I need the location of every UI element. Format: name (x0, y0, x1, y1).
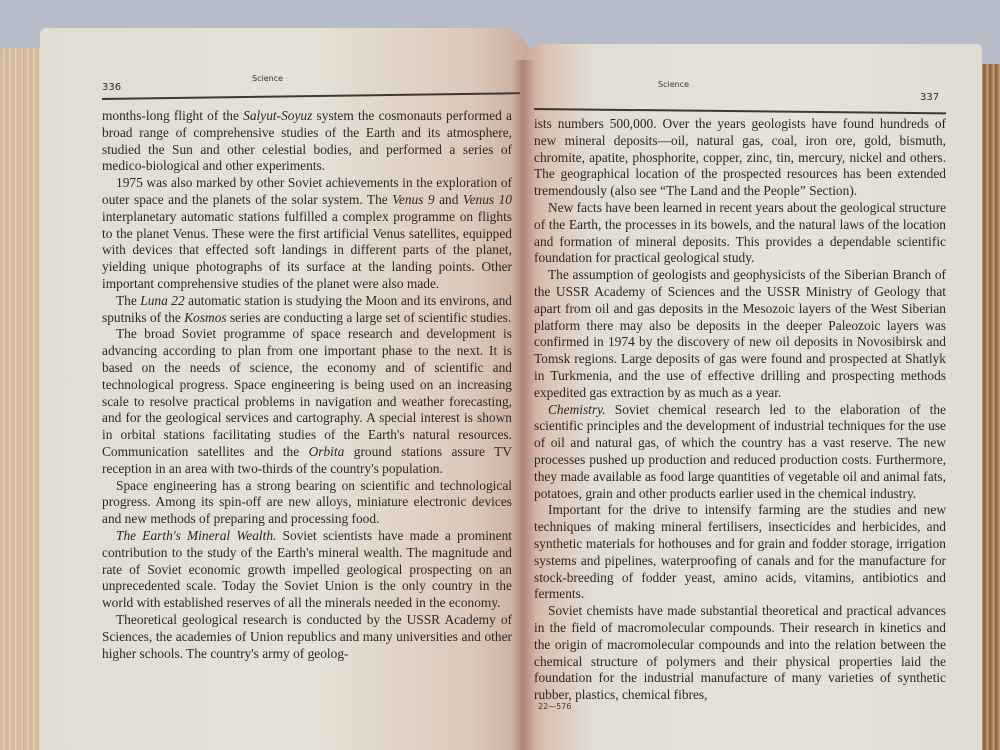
italic-text: Luna 22 (140, 293, 184, 308)
text-run: The (116, 293, 140, 308)
text-run: New facts have been learned in recent ye… (534, 200, 946, 265)
paragraph: ists numbers 500,000. Over the years geo… (534, 116, 946, 200)
running-head-right: Science (658, 80, 689, 89)
paragraph: months-long flight of the Salyut-Soyuz s… (102, 108, 512, 175)
left-page: 336 Science months-long flight of the Sa… (40, 28, 530, 750)
italic-text: Venus 10 (463, 192, 512, 207)
paragraph: New facts have been learned in recent ye… (534, 200, 946, 267)
text-run: The assumption of geologists and geophys… (534, 267, 946, 400)
paragraph: Important for the drive to intensify far… (534, 502, 946, 603)
text-run: ists numbers 500,000. Over the years geo… (534, 116, 946, 198)
text-run: Soviet chemists have made substantial th… (534, 603, 946, 702)
signature-mark: 22—576 (538, 702, 571, 711)
italic-text: Orbita (309, 444, 345, 459)
paragraph: Chemistry. Soviet chemical research led … (534, 402, 946, 503)
text-run: The broad Soviet programme of space rese… (102, 326, 512, 459)
text-run: months-long flight of the (102, 108, 243, 123)
paragraph: The broad Soviet programme of space rese… (102, 326, 512, 477)
italic-text: The Earth's Mineral Wealth. (116, 528, 276, 543)
left-page-body: months-long flight of the Salyut-Soyuz s… (102, 108, 512, 662)
paragraph: Soviet chemists have made substantial th… (534, 603, 946, 704)
paragraph: The Luna 22 automatic station is studyin… (102, 293, 512, 327)
page-number-left: 336 (102, 82, 121, 93)
italic-text: Kosmos (184, 310, 226, 325)
text-run: Theoretical geological research is condu… (102, 612, 512, 661)
paragraph: Theoretical geological research is condu… (102, 612, 512, 662)
text-run: Space engineering has a strong bearing o… (102, 478, 512, 527)
header-rule-left (102, 92, 522, 100)
text-run: interplanetary automatic stations fulfil… (102, 209, 512, 291)
italic-text: Chemistry. (548, 402, 606, 417)
text-run: Important for the drive to intensify far… (534, 502, 946, 601)
paragraph: 1975 was also marked by other Soviet ach… (102, 175, 512, 293)
paragraph: The assumption of geologists and geophys… (534, 267, 946, 401)
text-run: and (435, 192, 463, 207)
page-number-right: 337 (920, 92, 939, 103)
text-run: series are conducting a large set of sci… (227, 310, 512, 325)
paragraph: The Earth's Mineral Wealth. Soviet scien… (102, 528, 512, 612)
paragraph: Space engineering has a strong bearing o… (102, 478, 512, 528)
running-head-left: Science (252, 74, 283, 83)
right-page-body: ists numbers 500,000. Over the years geo… (534, 116, 946, 704)
italic-text: Salyut-Soyuz (243, 108, 312, 123)
header-rule-right (534, 108, 946, 114)
right-page: Science 337 ists numbers 500,000. Over t… (520, 44, 982, 750)
italic-text: Venus 9 (392, 192, 434, 207)
